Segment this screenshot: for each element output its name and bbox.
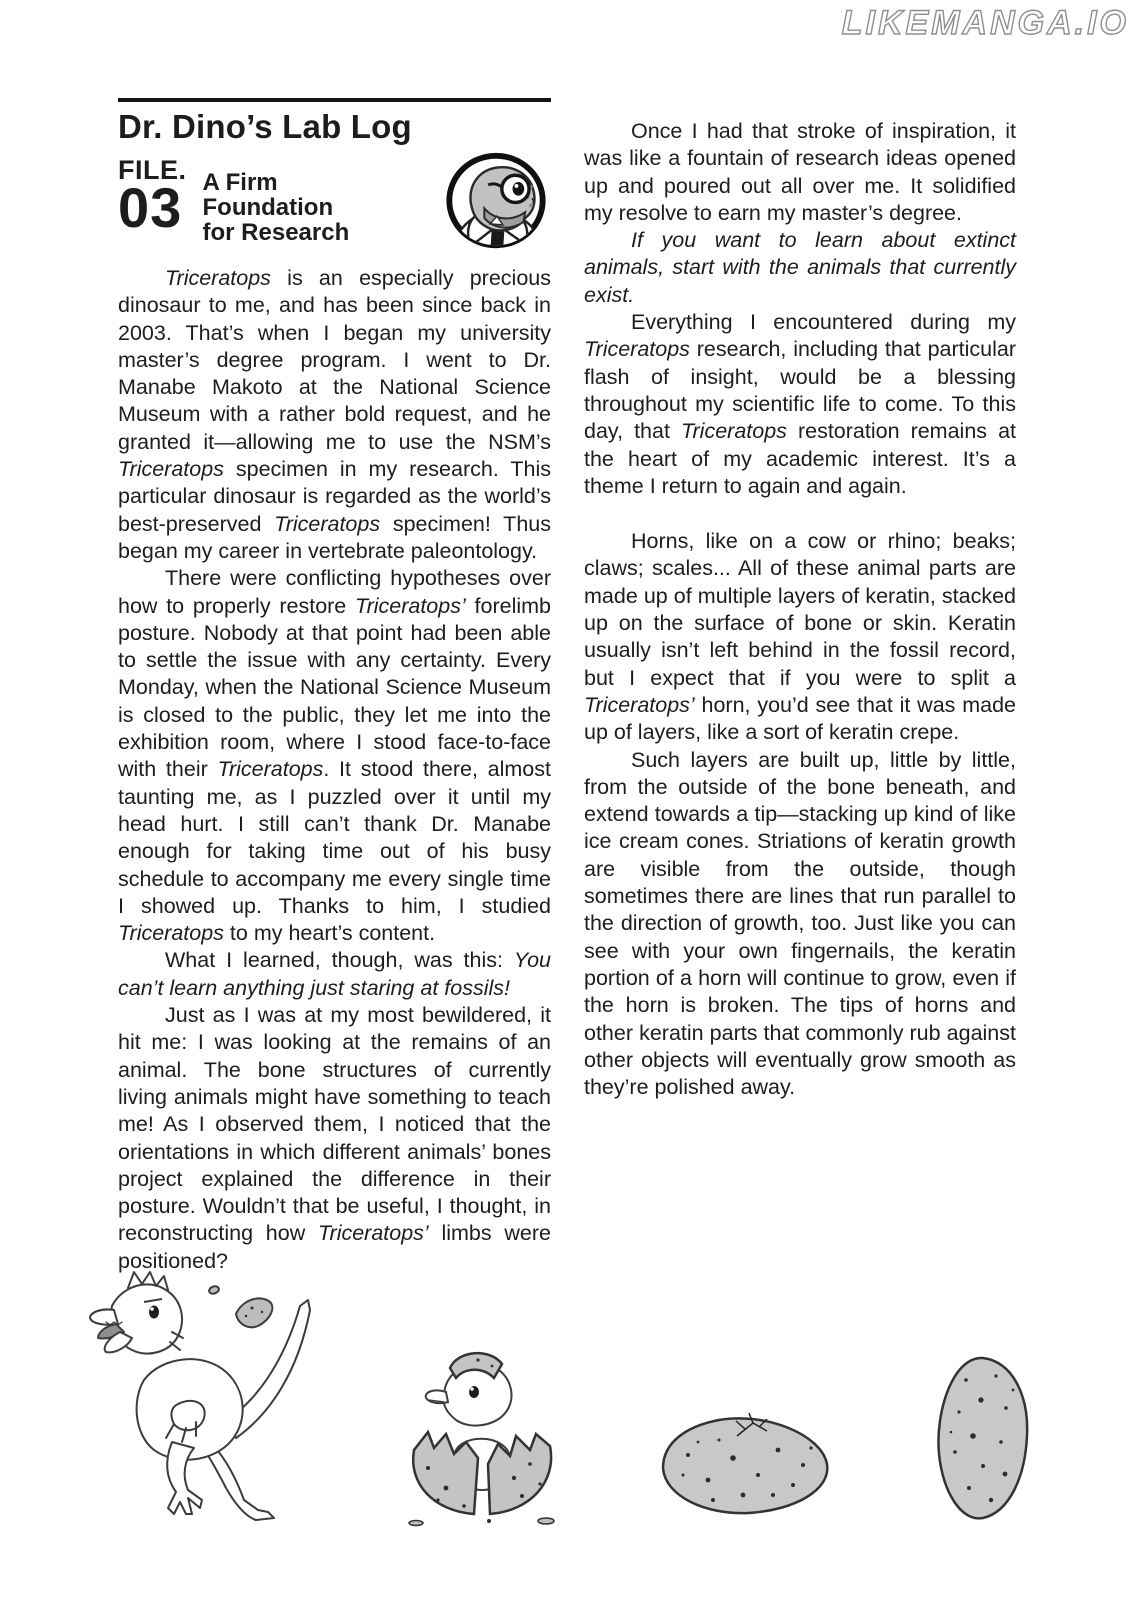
paragraph: Just as I was at my most bewildered, it … xyxy=(118,1002,551,1275)
chapter-subtitle: A Firm Foundation for Research xyxy=(203,170,350,245)
eggshell-fragments-icon xyxy=(208,1285,272,1327)
egg-on-side-illustration xyxy=(653,1400,839,1526)
left-column: Dr. Dino’s Lab Log FILE. 03 A Firm Found… xyxy=(118,98,551,1275)
subtitle-line: A Firm xyxy=(203,170,350,195)
left-column-text: Triceratops is an especially precious di… xyxy=(118,265,551,1275)
right-column: Once I had that stroke of inspiration, i… xyxy=(584,108,1016,1101)
paragraph: There were conflicting hypotheses over h… xyxy=(118,565,551,947)
file-number: 03 xyxy=(118,183,187,233)
paragraph: Such layers are built up, little by litt… xyxy=(584,747,1016,1102)
paragraph: Horns, like on a cow or rhino; beaks; cl… xyxy=(584,528,1016,746)
hatchling-egg-illustration xyxy=(394,1338,570,1530)
subtitle-line: for Research xyxy=(203,220,350,245)
paragraph: Triceratops is an especially precious di… xyxy=(118,265,551,565)
header-rule xyxy=(118,98,551,102)
dr-dino-mascot-icon xyxy=(441,148,551,255)
subtitle-line: Foundation xyxy=(203,195,350,220)
manga-text-page: LIKEMANGA.IO Dr. Dino’s Lab Log FILE. 03… xyxy=(0,0,1139,1600)
paragraph: What I learned, though, was this: You ca… xyxy=(118,947,551,1002)
file-block: FILE. 03 xyxy=(118,157,187,233)
baby-dinosaur-illustration xyxy=(86,1262,322,1530)
paragraph: Once I had that stroke of inspiration, i… xyxy=(584,118,1016,227)
page-title: Dr. Dino’s Lab Log xyxy=(118,109,551,145)
article-header: Dr. Dino’s Lab Log FILE. 03 A Firm Found… xyxy=(118,98,551,255)
right-column-text: Once I had that stroke of inspiration, i… xyxy=(584,118,1016,1101)
paragraph: Everything I encountered during my Trice… xyxy=(584,309,1016,500)
paragraph: If you want to learn about extinct anima… xyxy=(584,227,1016,309)
egg-upright-illustration xyxy=(921,1350,1043,1530)
file-row: FILE. 03 A Firm Foundation for Research xyxy=(118,157,551,255)
site-watermark: LIKEMANGA.IO xyxy=(842,4,1129,43)
